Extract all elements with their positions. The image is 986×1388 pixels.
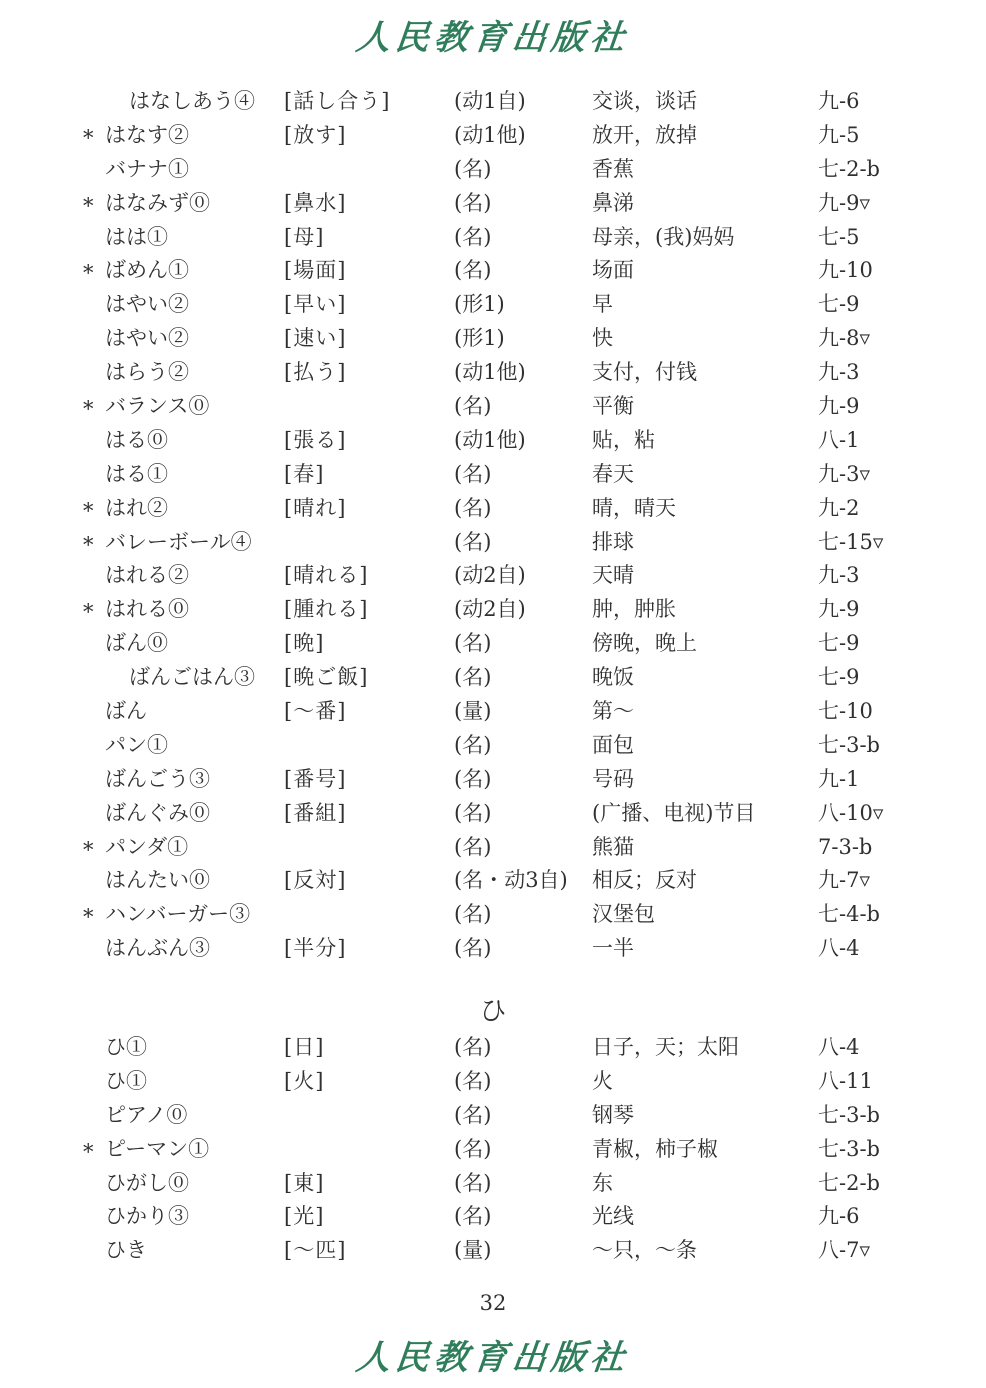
star-marker: * — [83, 190, 94, 224]
vocab-row: * バランス⓪ (名) 平衡 九-9 — [0, 390, 986, 424]
vocab-row: ひ① [火] (名) 火 八-11 — [0, 1065, 986, 1099]
vocab-row: * はなす② [放す] (动1他) 放开，放掉 九-5 — [0, 119, 986, 153]
meaning-chinese: 相反；反对 — [592, 864, 697, 898]
vocab-row: はんたい⓪ [反対] (名・动3自) 相反；反对 九-7▿ — [0, 864, 986, 898]
lesson-reference: 九-3▿ — [818, 458, 870, 492]
vocab-row: はる① [春] (名) 春天 九-3▿ — [0, 458, 986, 492]
part-of-speech: (名) — [454, 1167, 491, 1201]
vocab-row: ひがし⓪ [東] (名) 东 七-2-b — [0, 1167, 986, 1201]
part-of-speech: (名) — [454, 153, 491, 187]
meaning-chinese: 母亲，(我)妈妈 — [592, 221, 734, 255]
word-kana: はる① — [105, 458, 168, 492]
meaning-chinese: 面包 — [592, 729, 634, 763]
lesson-reference: 七-9 — [818, 627, 859, 661]
vocab-row: はんぶん③ [半分] (名) 一半 八-4 — [0, 932, 986, 966]
meaning-chinese: 号码 — [592, 763, 634, 797]
vocab-row: * ピーマン① (名) 青椒，柿子椒 七-3-b — [0, 1133, 986, 1167]
vocab-row: ひき [～匹] (量) ～只，～条 八-7▿ — [0, 1234, 986, 1268]
page-number: 32 — [0, 1291, 986, 1315]
word-kanji: [反対] — [284, 864, 346, 898]
part-of-speech: (名) — [454, 729, 491, 763]
lesson-reference: 七-2-b — [818, 1167, 880, 1201]
star-marker: * — [83, 1136, 94, 1170]
part-of-speech: (量) — [454, 695, 491, 729]
word-kana: はやい② — [105, 288, 189, 322]
word-kana: ばめん① — [105, 254, 189, 288]
lesson-reference: 八-7▿ — [818, 1234, 870, 1268]
word-kana: はやい② — [105, 322, 189, 356]
star-marker: * — [83, 393, 94, 427]
part-of-speech: (名) — [454, 221, 491, 255]
meaning-chinese: 火 — [592, 1065, 613, 1099]
meaning-chinese: 青椒，柿子椒 — [592, 1133, 718, 1167]
meaning-chinese: 东 — [592, 1167, 613, 1201]
lesson-reference: 七-3-b — [818, 1133, 880, 1167]
word-kanji: [母] — [284, 221, 324, 255]
word-kana: はなみず⓪ — [105, 187, 210, 221]
vocab-row: はやい② [早い] (形1) 早 七-9 — [0, 288, 986, 322]
meaning-chinese: 交谈，谈话 — [592, 85, 697, 119]
meaning-chinese: 钢琴 — [592, 1099, 634, 1133]
lesson-reference: 九-2 — [818, 492, 859, 526]
meaning-chinese: 鼻涕 — [592, 187, 634, 221]
vocab-row: ばんごはん③ [晩ご飯] (名) 晚饭 七-9 — [0, 661, 986, 695]
meaning-chinese: 傍晚，晚上 — [592, 627, 697, 661]
lesson-reference: 九-9▿ — [818, 187, 870, 221]
meaning-chinese: 快 — [592, 322, 613, 356]
vocab-row: はは① [母] (名) 母亲，(我)妈妈 七-5 — [0, 221, 986, 255]
part-of-speech: (动1自) — [454, 85, 526, 119]
lesson-reference: 九-6 — [818, 85, 859, 119]
part-of-speech: (动1他) — [454, 356, 526, 390]
vocab-row: * はれる⓪ [腫れる] (动2自) 肿，肿胀 九-9 — [0, 593, 986, 627]
word-kanji: [張る] — [284, 424, 346, 458]
word-kana: ひ① — [105, 1065, 147, 1099]
vocab-row: はる⓪ [張る] (动1他) 贴，粘 八-1 — [0, 424, 986, 458]
word-kana: バレーボール④ — [105, 526, 252, 560]
word-kana: ひかり③ — [105, 1200, 189, 1234]
section-header-hi: ひ — [0, 992, 986, 1032]
word-kanji: [腫れる] — [284, 593, 368, 627]
lesson-reference: 八-4 — [818, 1031, 859, 1065]
star-marker: * — [83, 901, 94, 935]
lesson-reference: 七-3-b — [818, 729, 880, 763]
word-kanji: [晩ご飯] — [284, 661, 368, 695]
word-kanji: [晩] — [284, 627, 324, 661]
meaning-chinese: 晚饭 — [592, 661, 634, 695]
word-kana: パン① — [105, 729, 168, 763]
meaning-chinese: (广播、电视)节目 — [592, 797, 755, 831]
meaning-chinese: 熊猫 — [592, 831, 634, 865]
publisher-logo-top: 人民教育出版社 — [0, 10, 986, 59]
lesson-reference: 七-15▿ — [818, 526, 883, 560]
word-kana: ピーマン① — [105, 1133, 209, 1167]
word-kana: ばんごう③ — [105, 763, 210, 797]
word-kana: ばんぐみ⓪ — [105, 797, 210, 831]
document-page: 人民教育出版社 はなしあう④ [話し合う] (动1自) 交谈，谈话 九-6 * … — [0, 0, 986, 1388]
lesson-reference: 七-9 — [818, 288, 859, 322]
vocab-row: ピアノ⓪ (名) 钢琴 七-3-b — [0, 1099, 986, 1133]
meaning-chinese: 放开，放掉 — [592, 119, 697, 153]
word-kanji: [番組] — [284, 797, 346, 831]
word-kana: バナナ① — [105, 153, 189, 187]
part-of-speech: (动2自) — [454, 559, 526, 593]
vocab-table-ha-section: はなしあう④ [話し合う] (动1自) 交谈，谈话 九-6 * はなす② [放す… — [0, 85, 986, 966]
word-kanji: [日] — [284, 1031, 324, 1065]
vocab-row: はやい② [速い] (形1) 快 九-8▿ — [0, 322, 986, 356]
vocab-row: ばんぐみ⓪ [番組] (名) (广播、电视)节目 八-10▿ — [0, 797, 986, 831]
word-kanji: [東] — [284, 1167, 324, 1201]
word-kana: はらう② — [105, 356, 189, 390]
lesson-reference: 九-1 — [818, 763, 859, 797]
vocab-row: ひかり③ [光] (名) 光线 九-6 — [0, 1200, 986, 1234]
word-kanji: [早い] — [284, 288, 346, 322]
word-kanji: [半分] — [284, 932, 346, 966]
lesson-reference: 七-10 — [818, 695, 873, 729]
word-kanji: [光] — [284, 1200, 324, 1234]
word-kanji: [払う] — [284, 356, 346, 390]
word-kanji: [場面] — [284, 254, 346, 288]
part-of-speech: (名) — [454, 1200, 491, 1234]
word-kanji: [～匹] — [284, 1234, 346, 1268]
word-kanji: [放す] — [284, 119, 346, 153]
vocab-row: * パンダ① (名) 熊猫 7-3-b — [0, 831, 986, 865]
meaning-chinese: ～只，～条 — [592, 1234, 697, 1268]
part-of-speech: (名) — [454, 458, 491, 492]
meaning-chinese: 排球 — [592, 526, 634, 560]
part-of-speech: (名) — [454, 1133, 491, 1167]
word-kana: パンダ① — [105, 831, 188, 865]
meaning-chinese: 日子，天；太阳 — [592, 1031, 739, 1065]
part-of-speech: (名) — [454, 898, 491, 932]
word-kana: はんたい⓪ — [105, 864, 210, 898]
lesson-reference: 八-4 — [818, 932, 859, 966]
lesson-reference: 七-5 — [818, 221, 859, 255]
word-kana: はなす② — [105, 119, 189, 153]
word-kana: はは① — [105, 221, 168, 255]
word-kana: はれる② — [105, 559, 189, 593]
star-marker: * — [83, 495, 94, 529]
word-kana: ばんごはん③ — [129, 661, 255, 695]
part-of-speech: (名) — [454, 526, 491, 560]
word-kana: ピアノ⓪ — [105, 1099, 187, 1133]
part-of-speech: (名) — [454, 797, 491, 831]
word-kanji: [速い] — [284, 322, 346, 356]
vocab-row: パン① (名) 面包 七-3-b — [0, 729, 986, 763]
word-kana: バランス⓪ — [105, 390, 209, 424]
lesson-reference: 九-3 — [818, 356, 859, 390]
vocab-row: バナナ① (名) 香蕉 七-2-b — [0, 153, 986, 187]
word-kana: ひき — [105, 1234, 147, 1268]
meaning-chinese: 场面 — [592, 254, 634, 288]
part-of-speech: (量) — [454, 1234, 491, 1268]
word-kana: はる⓪ — [105, 424, 168, 458]
part-of-speech: (形1) — [454, 322, 505, 356]
vocab-row: ひ① [日] (名) 日子，天；太阳 八-4 — [0, 1031, 986, 1065]
meaning-chinese: 早 — [592, 288, 613, 322]
word-kanji: [晴れ] — [284, 492, 346, 526]
part-of-speech: (形1) — [454, 288, 505, 322]
word-kanji: [火] — [284, 1065, 324, 1099]
meaning-chinese: 支付，付钱 — [592, 356, 697, 390]
word-kana: はれる⓪ — [105, 593, 189, 627]
lesson-reference: 九-10 — [818, 254, 873, 288]
lesson-reference: 九-9 — [818, 390, 859, 424]
word-kanji: [鼻水] — [284, 187, 346, 221]
meaning-chinese: 春天 — [592, 458, 634, 492]
vocab-row: はれる② [晴れる] (动2自) 天晴 九-3 — [0, 559, 986, 593]
meaning-chinese: 汉堡包 — [592, 898, 655, 932]
star-marker: * — [83, 122, 94, 156]
star-marker: * — [83, 834, 94, 868]
word-kanji: [話し合う] — [284, 85, 390, 119]
word-kana: はれ② — [105, 492, 168, 526]
meaning-chinese: 第～ — [592, 695, 634, 729]
lesson-reference: 七-4-b — [818, 898, 880, 932]
meaning-chinese: 贴，粘 — [592, 424, 655, 458]
part-of-speech: (名) — [454, 661, 491, 695]
lesson-reference: 九-3 — [818, 559, 859, 593]
part-of-speech: (名) — [454, 627, 491, 661]
lesson-reference: 九-7▿ — [818, 864, 870, 898]
meaning-chinese: 香蕉 — [592, 153, 634, 187]
lesson-reference: 八-11 — [818, 1065, 873, 1099]
part-of-speech: (名) — [454, 254, 491, 288]
lesson-reference: 7-3-b — [818, 831, 872, 865]
lesson-reference: 九-8▿ — [818, 322, 870, 356]
lesson-reference: 八-1 — [818, 424, 859, 458]
part-of-speech: (动1他) — [454, 119, 526, 153]
word-kana: はなしあう④ — [129, 85, 255, 119]
word-kana: はんぶん③ — [105, 932, 210, 966]
vocab-row: * バレーボール④ (名) 排球 七-15▿ — [0, 526, 986, 560]
lesson-reference: 九-5 — [818, 119, 859, 153]
vocab-row: * はなみず⓪ [鼻水] (名) 鼻涕 九-9▿ — [0, 187, 986, 221]
star-marker: * — [83, 257, 94, 291]
vocab-row: はらう② [払う] (动1他) 支付，付钱 九-3 — [0, 356, 986, 390]
meaning-chinese: 一半 — [592, 932, 634, 966]
meaning-chinese: 晴，晴天 — [592, 492, 676, 526]
part-of-speech: (名・动3自) — [454, 864, 568, 898]
part-of-speech: (名) — [454, 1099, 491, 1133]
lesson-reference: 九-9 — [818, 593, 859, 627]
meaning-chinese: 肿，肿胀 — [592, 593, 676, 627]
part-of-speech: (名) — [454, 831, 491, 865]
star-marker: * — [83, 596, 94, 630]
part-of-speech: (名) — [454, 492, 491, 526]
publisher-logo-bottom: 人民教育出版社 — [0, 1330, 986, 1379]
lesson-reference: 七-3-b — [818, 1099, 880, 1133]
word-kana: ひ① — [105, 1031, 147, 1065]
word-kanji: [番号] — [284, 763, 346, 797]
vocab-table-hi-section: ひ① [日] (名) 日子，天；太阳 八-4 ひ① [火] (名) 火 八-11… — [0, 1031, 986, 1268]
vocab-row: はなしあう④ [話し合う] (动1自) 交谈，谈话 九-6 — [0, 85, 986, 119]
word-kanji: [晴れる] — [284, 559, 368, 593]
part-of-speech: (名) — [454, 187, 491, 221]
vocab-row: ばんごう③ [番号] (名) 号码 九-1 — [0, 763, 986, 797]
vocab-row: ばん [～番] (量) 第～ 七-10 — [0, 695, 986, 729]
meaning-chinese: 天晴 — [592, 559, 634, 593]
word-kanji: [～番] — [284, 695, 346, 729]
part-of-speech: (名) — [454, 932, 491, 966]
meaning-chinese: 光线 — [592, 1200, 634, 1234]
word-kana: ばん⓪ — [105, 627, 168, 661]
vocab-row: * ばめん① [場面] (名) 场面 九-10 — [0, 254, 986, 288]
part-of-speech: (动2自) — [454, 593, 526, 627]
meaning-chinese: 平衡 — [592, 390, 634, 424]
lesson-reference: 八-10▿ — [818, 797, 883, 831]
word-kana: ひがし⓪ — [105, 1167, 189, 1201]
part-of-speech: (名) — [454, 763, 491, 797]
word-kana: ハンバーガー③ — [105, 898, 250, 932]
part-of-speech: (名) — [454, 1065, 491, 1099]
lesson-reference: 九-6 — [818, 1200, 859, 1234]
vocab-row: ばん⓪ [晩] (名) 傍晚，晚上 七-9 — [0, 627, 986, 661]
lesson-reference: 七-9 — [818, 661, 859, 695]
vocab-row: * ハンバーガー③ (名) 汉堡包 七-4-b — [0, 898, 986, 932]
part-of-speech: (名) — [454, 1031, 491, 1065]
lesson-reference: 七-2-b — [818, 153, 880, 187]
word-kana: ばん — [105, 695, 147, 729]
star-marker: * — [83, 529, 94, 563]
vocab-row: * はれ② [晴れ] (名) 晴，晴天 九-2 — [0, 492, 986, 526]
part-of-speech: (动1他) — [454, 424, 526, 458]
word-kanji: [春] — [284, 458, 324, 492]
part-of-speech: (名) — [454, 390, 491, 424]
